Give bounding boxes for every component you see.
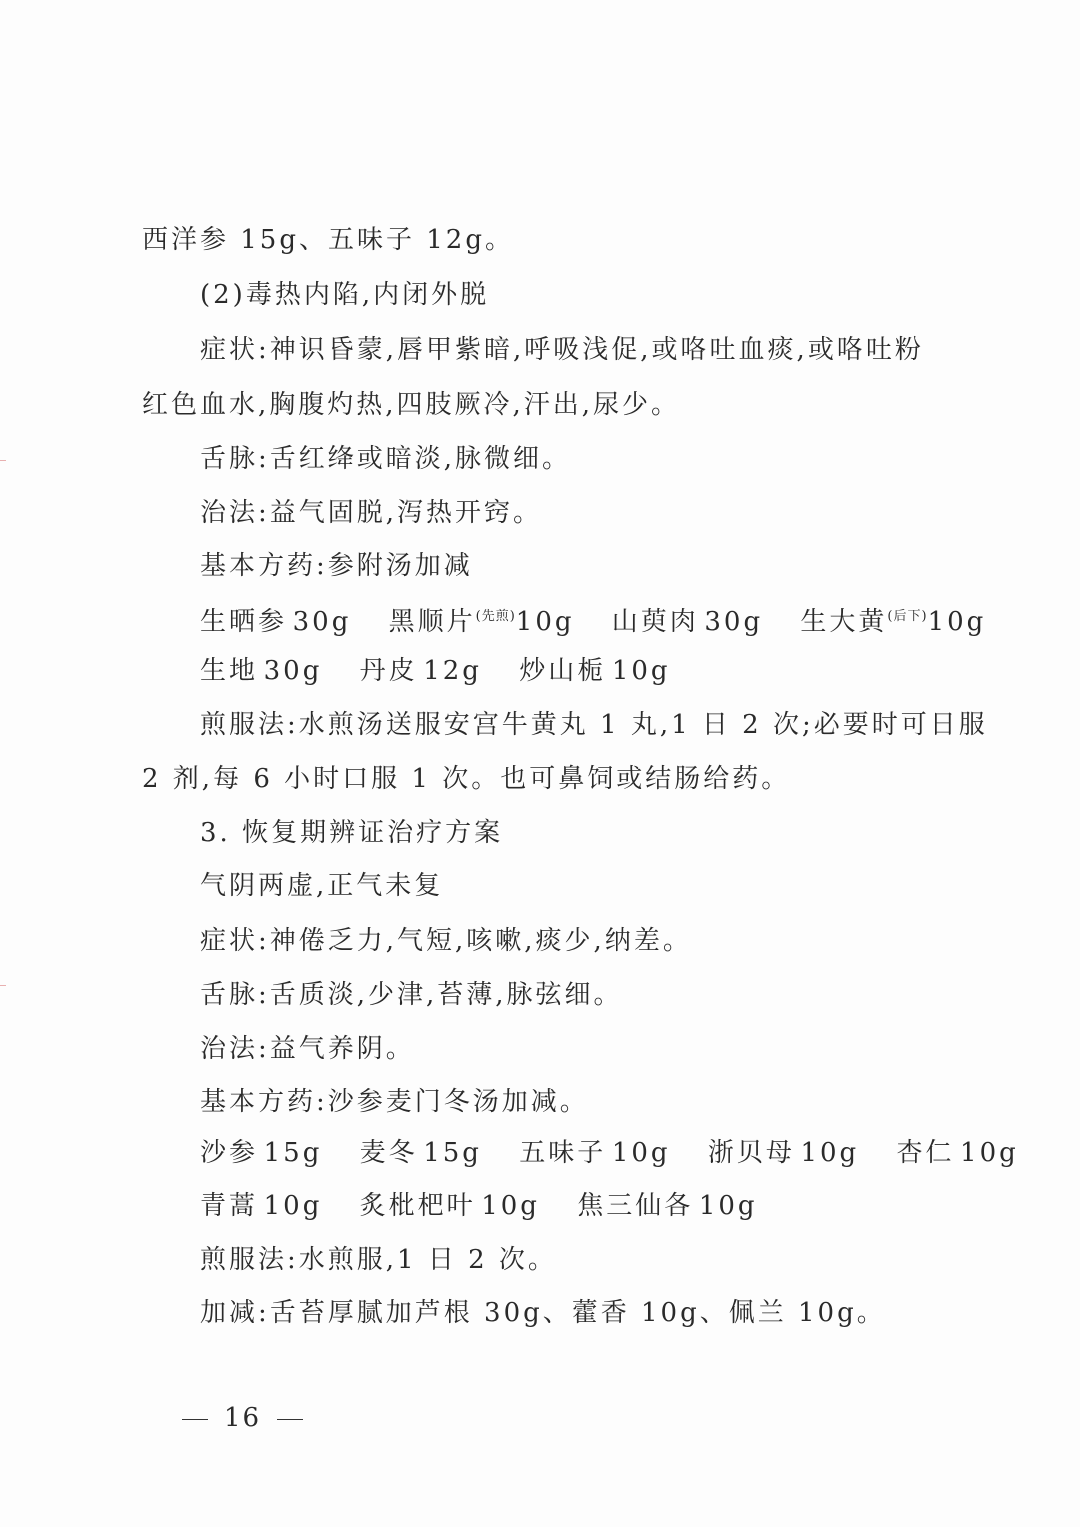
- herb-row-1: 生晒参 30g 黑顺片(先煎)10g 山萸肉 30g 生大黄(后下)10g: [200, 601, 986, 638]
- herb-item: 生晒参 30g: [200, 607, 351, 637]
- decoction-method-line-cont: 2 剂,每 6 小时口服 1 次。也可鼻饲或结肠给药。: [142, 763, 790, 795]
- symptoms-line: 症状:神倦乏力,气短,咳嗽,痰少,纳差。: [200, 925, 692, 957]
- section-heading: 3. 恢复期辨证治疗方案: [200, 817, 503, 849]
- herb-item: 浙贝母 10g: [708, 1138, 859, 1168]
- herb-item: 青蒿 10g: [200, 1191, 322, 1221]
- modification-line: 加减:舌苔厚腻加芦根 30g、藿香 10g、佩兰 10g。: [200, 1297, 886, 1329]
- basic-prescription-line: 基本方药:参附汤加减: [200, 550, 473, 582]
- page-number: 16: [166, 1402, 319, 1434]
- herb-item: 杏仁 10g: [896, 1138, 1018, 1168]
- tongue-pulse-line: 舌脉:舌红绛或暗淡,脉微细。: [200, 443, 571, 475]
- syndrome-heading: 气阴两虚,正气未复: [200, 870, 443, 902]
- decoction-method-line: 煎服法:水煎服,1 日 2 次。: [200, 1244, 557, 1276]
- basic-prescription-line: 基本方药:沙参麦门冬汤加减。: [200, 1086, 589, 1118]
- symptoms-line-cont: 红色血水,胸腹灼热,四肢厥冷,汗出,尿少。: [142, 389, 680, 421]
- paragraph-line: 西洋参 15g、五味子 12g。: [142, 224, 514, 256]
- herb-item: 生大黄(后下)10g: [800, 607, 986, 637]
- treatment-method-line: 治法:益气养阴。: [200, 1033, 415, 1065]
- herb-row-4: 青蒿 10g 炙枇杷叶 10g 焦三仙各 10g: [200, 1190, 758, 1222]
- herb-note: (后下): [887, 609, 927, 624]
- herb-item: 麦冬 15g: [360, 1138, 482, 1168]
- document-page: 西洋参 15g、五味子 12g。 (2)毒热内陷,内闭外脱 症状:神识昏蒙,唇甲…: [0, 0, 1080, 1527]
- section-heading: (2)毒热内陷,内闭外脱: [200, 279, 489, 311]
- decoction-method-line: 煎服法:水煎汤送服安宫牛黄丸 1 丸,1 日 2 次;必要时可日服: [200, 709, 988, 741]
- treatment-method-line: 治法:益气固脱,泻热开窍。: [200, 497, 542, 529]
- herb-item: 炒山栀 10g: [519, 656, 670, 686]
- herb-item: 炙枇杷叶 10g: [360, 1191, 540, 1221]
- herb-item: 丹皮 12g: [360, 656, 482, 686]
- herb-item: 黑顺片(先煎)10g: [389, 607, 575, 637]
- herb-item: 五味子 10g: [519, 1138, 670, 1168]
- dash-left: [182, 1419, 208, 1420]
- symptoms-line: 症状:神识昏蒙,唇甲紫暗,呼吸浅促,或咯吐血痰,或咯吐粉: [200, 334, 924, 366]
- tongue-pulse-line: 舌脉:舌质淡,少津,苔薄,脉弦细。: [200, 979, 623, 1011]
- herb-item: 焦三仙各 10g: [577, 1191, 757, 1221]
- herb-row-2: 生地 30g 丹皮 12g 炒山栀 10g: [200, 655, 671, 687]
- margin-mark: [0, 985, 6, 986]
- herb-item: 生地 30g: [200, 656, 322, 686]
- herb-item: 沙参 15g: [200, 1138, 322, 1168]
- herb-note: (先煎): [476, 609, 516, 624]
- margin-mark: [0, 460, 6, 461]
- page-number-value: 16: [224, 1403, 261, 1433]
- herb-item: 山萸肉 30g: [612, 607, 763, 637]
- herb-row-3: 沙参 15g 麦冬 15g 五味子 10g 浙贝母 10g 杏仁 10g: [200, 1137, 1019, 1169]
- dash-right: [277, 1419, 303, 1420]
